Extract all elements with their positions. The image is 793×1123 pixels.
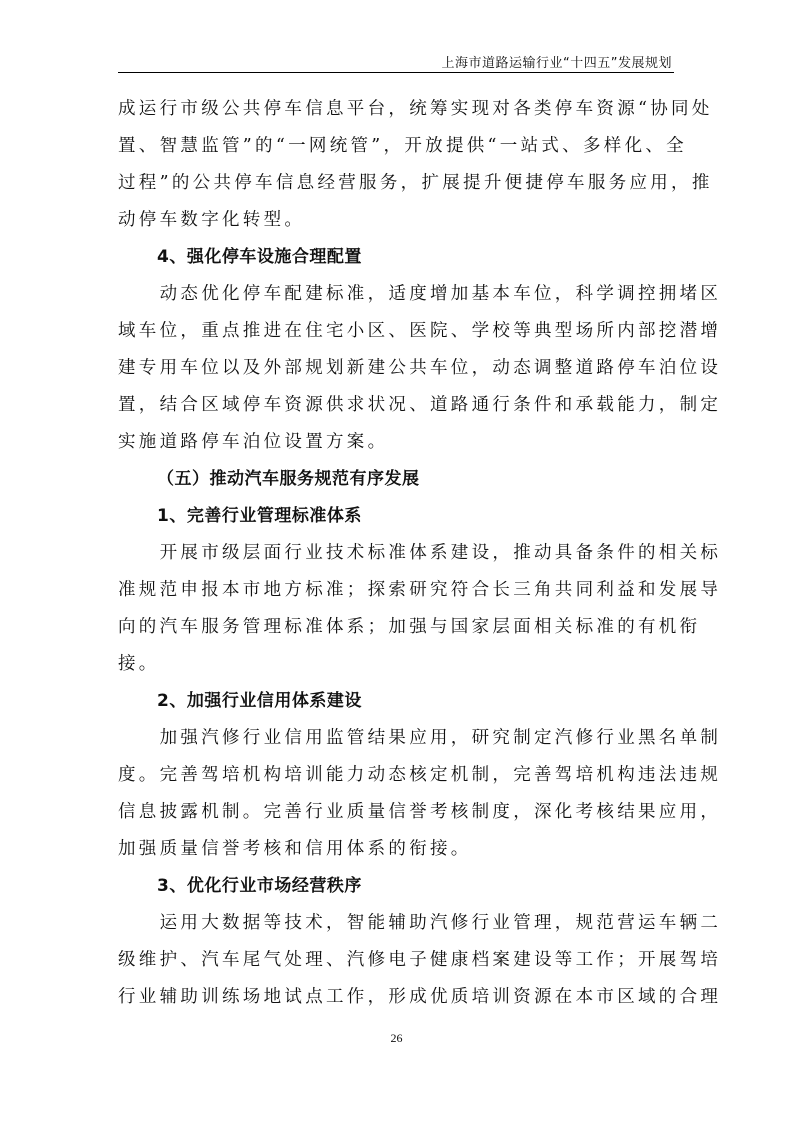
text-line: 动停车数字化转型。 [118,202,674,239]
page-number: 26 [0,1031,793,1046]
text-line: 置，结合区域停车资源供求状况、道路通行条件和承载能力，制定 [118,387,674,424]
paragraph: 成运行市级公共停车信息平台，统筹实现对各类停车资源“协同处 置、智慧监管”的“一… [118,91,674,239]
text-line: 成运行市级公共停车信息平台，统筹实现对各类停车资源“协同处 [118,91,674,128]
header-title: 上海市道路运输行业“十四五”发展规划 [442,52,672,71]
text-line: 加强汽修行业信用监管结果应用，研究制定汽修行业黑名单制 [118,720,674,757]
text-line: 域车位，重点推进在住宅小区、医院、学校等典型场所内部挖潜增 [118,313,674,350]
document-body: 成运行市级公共停车信息平台，统筹实现对各类停车资源“协同处 置、智慧监管”的“一… [118,91,674,1016]
subheading: 4、强化停车设施合理配置 [118,239,674,276]
text-line: 准规范申报本市地方标准；探索研究符合长三角共同利益和发展导 [118,572,674,609]
text-line: 过程”的公共停车信息经营服务，扩展提升便捷停车服务应用，推 [118,165,674,202]
text-line: 接。 [118,646,674,683]
text-line: 级维护、汽车尾气处理、汽修电子健康档案建设等工作；开展驾培 [118,942,674,979]
paragraph: 运用大数据等技术，智能辅助汽修行业管理，规范营运车辆二 级维护、汽车尾气处理、汽… [118,905,674,1016]
page-header: 上海市道路运输行业“十四五”发展规划 [118,50,674,73]
text-line: 运用大数据等技术，智能辅助汽修行业管理，规范营运车辆二 [118,905,674,942]
text-line: 行业辅助训练场地试点工作，形成优质培训资源在本市区域的合理 [118,979,674,1016]
text-line: 实施道路停车泊位设置方案。 [118,424,674,461]
paragraph: 开展市级层面行业技术标准体系建设，推动具备条件的相关标 准规范申报本市地方标准；… [118,535,674,683]
section-heading: （五）推动汽车服务规范有序发展 [118,461,674,498]
text-line: 向的汽车服务管理标准体系；加强与国家层面相关标准的有机衔 [118,609,674,646]
text-line: 加强质量信誉考核和信用体系的衔接。 [118,831,674,868]
text-line: 度。完善驾培机构培训能力动态核定机制，完善驾培机构违法违规 [118,757,674,794]
text-line: 建专用车位以及外部规划新建公共车位，动态调整道路停车泊位设 [118,350,674,387]
text-line: 动态优化停车配建标准，适度增加基本车位，科学调控拥堵区 [118,276,674,313]
text-line: 信息披露机制。完善行业质量信誉考核制度，深化考核结果应用， [118,794,674,831]
paragraph: 动态优化停车配建标准，适度增加基本车位，科学调控拥堵区 域车位，重点推进在住宅小… [118,276,674,461]
subheading: 3、优化行业市场经营秩序 [118,868,674,905]
text-line: 开展市级层面行业技术标准体系建设，推动具备条件的相关标 [118,535,674,572]
text-line: 置、智慧监管”的“一网统管”，开放提供“一站式、多样化、全 [118,128,674,165]
subheading: 2、加强行业信用体系建设 [118,683,674,720]
subheading: 1、完善行业管理标准体系 [118,498,674,535]
paragraph: 加强汽修行业信用监管结果应用，研究制定汽修行业黑名单制 度。完善驾培机构培训能力… [118,720,674,868]
